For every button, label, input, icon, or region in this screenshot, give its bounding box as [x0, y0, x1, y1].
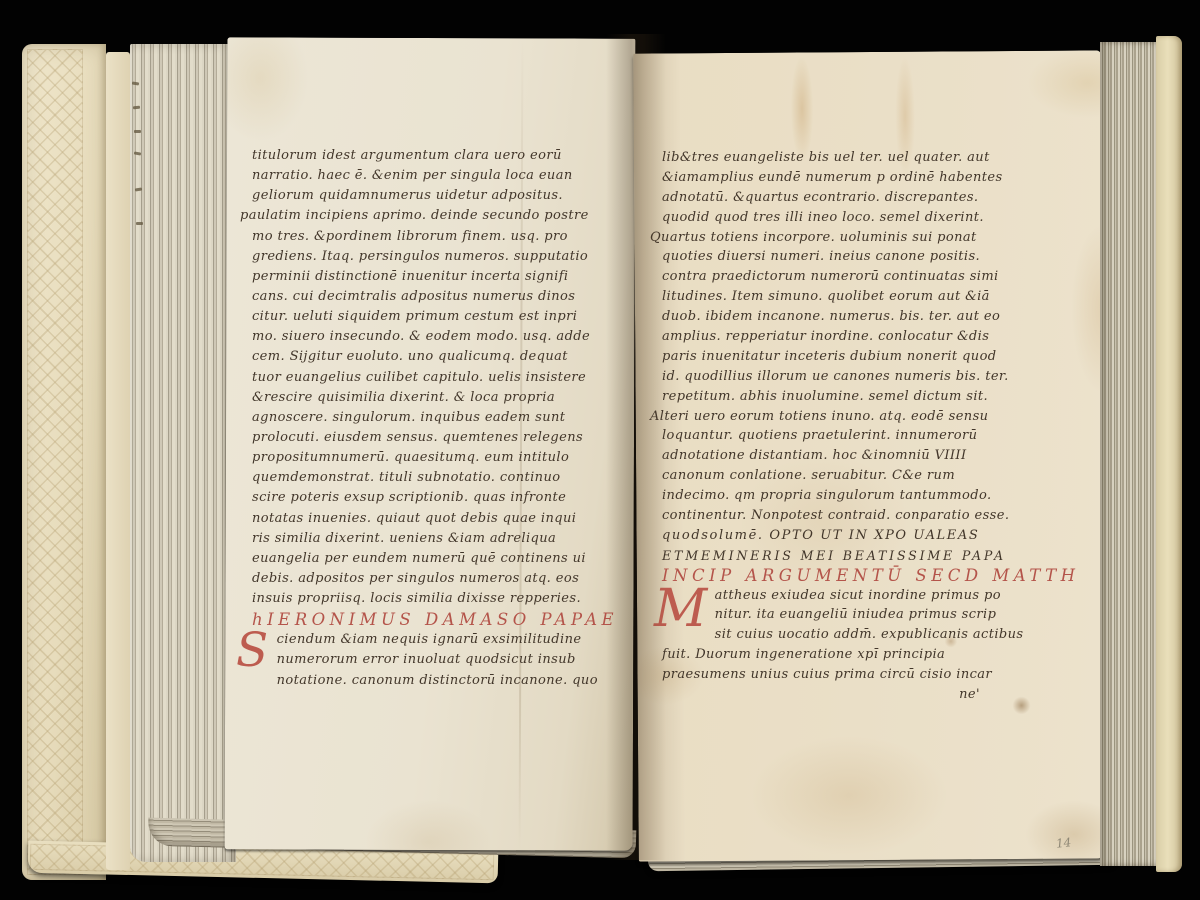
text-line: propositumnumerū. quaesitumq. eum intitu…	[252, 448, 618, 468]
text-line: scire poteris exsup scriptionib. quas in…	[252, 488, 618, 508]
drop-cap-initial: M	[654, 588, 708, 630]
front-cover	[22, 44, 106, 880]
text-line: repetitum. abhis inuolumine. semel dictu…	[662, 387, 1054, 407]
text-line: sit cuius uocatio addm̄. expublicanis ac…	[662, 625, 1054, 645]
text-line: agnoscere. singulorum. inquibus eadem su…	[252, 408, 618, 428]
text-line: Quartus totiens incorpore. uoluminis sui…	[650, 228, 1054, 248]
text-line: contra praedictorum numerorū continuatas…	[662, 267, 1054, 287]
page-edges-left	[130, 44, 236, 862]
text-line: narratio. haec ē. &enim per singula loca…	[252, 166, 618, 186]
text-line: ris similia dixerint. ueniens &iam adrel…	[252, 529, 618, 549]
text-line: cans. cui decimtralis adpositus numerus …	[252, 287, 618, 307]
back-cover-edge	[1156, 36, 1182, 872]
flyleaf-edge	[106, 52, 130, 870]
text-line: quemdemonstrat. tituli subnotatio. conti…	[252, 468, 618, 488]
text-line: id. quodillius illorum ue canones numeri…	[662, 367, 1054, 387]
dropcap-paragraph: Mattheus exiudea sicut inordine primus p…	[662, 586, 1054, 705]
text-line: grediens. Itaq. persingulos numeros. sup…	[252, 247, 618, 267]
text-line: litudines. Item simuno. quolibet eorum a…	[662, 287, 1054, 307]
text-line: notatas inuenies. quiaut quot debis quae…	[252, 509, 618, 529]
text-line: loquantur. quotiens praetulerint. innume…	[662, 426, 1054, 446]
quire-mark	[132, 82, 139, 86]
page-edges-right	[1100, 42, 1160, 866]
text-line: fuit. Duorum ingeneratione xpī principia	[662, 645, 1054, 665]
quire-mark	[133, 106, 140, 110]
text-line: &rescire quisimilia dixerint. & loca pro…	[252, 388, 618, 408]
text-line: paulatim incipiens aprimo. deinde secund…	[240, 206, 618, 226]
text-line: prolocuti. eiusdem sensus. quemtenes rel…	[252, 428, 618, 448]
text-line: titulorum idest argumentum clara uero eo…	[252, 146, 618, 166]
text-line: indecimo. qm propria singulorum tantummo…	[662, 486, 1054, 506]
text-line: tuor euangelius cuilibet capitulo. uelis…	[252, 368, 618, 388]
quire-mark	[134, 130, 141, 133]
cover-tooling-pattern	[27, 49, 83, 875]
text-line: Alteri uero eorum totiens inuno. atq. eo…	[650, 407, 1054, 427]
rubric-heading: hIERONIMUS DAMASO PAPAE	[252, 609, 618, 630]
text-line: nitur. ita euangeliū iniudea primus scri…	[662, 605, 1054, 625]
text-line: quodsolumē. OPTO UT IN XPO UALEAS	[662, 526, 1054, 546]
dropcap-paragraph: Sciendum &iam nequis ignarū exsimilitudi…	[252, 630, 618, 690]
text-line: mo tres. &pordinem librorum finem. usq. …	[252, 227, 618, 247]
text-line: quoties diuersi numeri. ineius canone po…	[662, 247, 1054, 267]
text-line: ciendum &iam nequis ignarū exsimilitudin…	[252, 630, 618, 650]
text-line: citur. ueluti siquidem primum cestum est…	[252, 307, 618, 327]
text-line: insuis propriisq. locis similia dixisse …	[252, 589, 618, 609]
text-line: ETMEMINERIS MEI BEATISSIME PAPA	[662, 546, 1054, 566]
text-line: quodid quod tres illi ineo loco. semel d…	[662, 208, 1054, 228]
right-page-text: lib&tres euangeliste bis uel ter. uel qu…	[662, 148, 1054, 705]
text-line: euangelia per eundem numerū quē continen…	[252, 549, 618, 569]
text-line: canonum conlatione. seruabitur. C&e rum	[662, 466, 1054, 486]
left-page-text: titulorum idest argumentum clara uero eo…	[252, 146, 618, 691]
quire-mark	[134, 151, 141, 155]
text-line: cem. Sijgitur euoluto. uno qualicumq. de…	[252, 347, 618, 367]
text-line: debis. adpositos per singulos numeros at…	[252, 569, 618, 589]
text-line: paris inuenitatur inceteris dubium noner…	[662, 347, 1054, 367]
drop-cap-initial: S	[236, 631, 269, 671]
text-line: geliorum quidamnumerus uidetur adpositus…	[252, 186, 618, 206]
text-line: adnotatū. &quartus econtrario. discrepan…	[662, 188, 1054, 208]
manuscript-photo: titulorum idest argumentum clara uero eo…	[0, 0, 1200, 900]
text-line: praesumens unius cuius prima circū cisio…	[662, 665, 1054, 685]
text-line: &iamamplius eundē numerum p ordinē haben…	[662, 168, 1054, 188]
text-line: notatione. canonum distinctorū incanone.…	[252, 671, 618, 691]
text-line: continentur. Nonpotest contraid. conpara…	[662, 506, 1054, 526]
folio-number: 14	[1055, 835, 1072, 851]
text-line: lib&tres euangeliste bis uel ter. uel qu…	[662, 148, 1054, 168]
text-line: numerorum error inuoluat quodsicut insub	[252, 650, 618, 670]
text-line: duob. ibidem incanone. numerus. bis. ter…	[662, 307, 1054, 327]
text-line: perminii distinctionē inuenitur incerta …	[252, 267, 618, 287]
quire-mark	[136, 222, 143, 225]
text-line: adnotatione distantiam. hoc &inomniū VII…	[662, 446, 1054, 466]
text-line: attheus exiudea sicut inordine primus po	[662, 586, 1054, 606]
rubric-heading: INCIP ARGUMENTŪ SECD MATTH	[662, 566, 1054, 586]
text-line: amplius. repperiatur inordine. conlocatu…	[662, 327, 1054, 347]
text-line: ne'	[662, 685, 1054, 705]
text-line: mo. siuero insecundo. & eodem modo. usq.…	[252, 327, 618, 347]
quire-mark	[135, 188, 142, 192]
